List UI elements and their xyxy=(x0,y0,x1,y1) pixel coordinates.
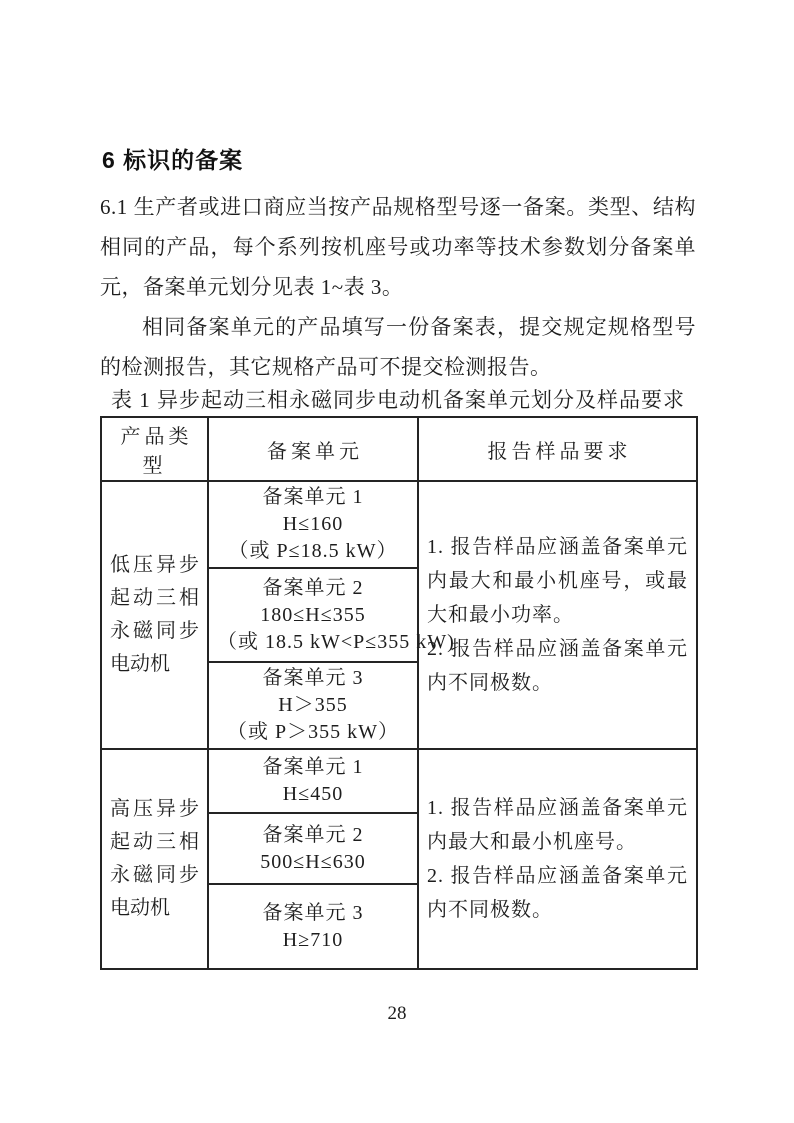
unit-line: 备案单元 1 xyxy=(217,484,409,511)
unit-line: 180≤H≤355 xyxy=(217,602,409,629)
document-page: 6 标识的备案 6.1 生产者或进口商应当按产品规格型号逐一备案。类型、结构相同… xyxy=(0,0,794,1123)
requirement-item: 1. 报告样品应涵盖备案单元内最大和最小机座号，或最大和最小功率。 xyxy=(427,530,688,632)
product-type-text: 低压异步起动三相永磁同步电动机 xyxy=(110,549,199,681)
unit-line: （或 18.5 kW<P≤355 kW) xyxy=(217,629,409,656)
filing-unit-cell-4: 备案单元 1 H≤450 xyxy=(208,749,418,813)
requirement-item: 2. 报告样品应涵盖备案单元内不同极数。 xyxy=(427,859,688,927)
requirement-item: 2. 报告样品应涵盖备案单元内不同极数。 xyxy=(427,632,688,700)
filing-unit-cell-5: 备案单元 2 500≤H≤630 xyxy=(208,813,418,884)
report-requirements-cell-high-voltage: 1. 报告样品应涵盖备案单元内最大和最小机座号。 2. 报告样品应涵盖备案单元内… xyxy=(418,749,697,969)
unit-line: H≥710 xyxy=(217,927,409,954)
unit-line: 备案单元 3 xyxy=(217,900,409,927)
col-header-filing-unit: 备案单元 xyxy=(208,417,418,481)
unit-line: 备案单元 3 xyxy=(217,665,409,692)
filing-unit-cell-1: 备案单元 1 H≤160 （或 P≤18.5 kW） xyxy=(208,481,418,568)
unit-line: H≤450 xyxy=(217,781,409,808)
unit-line: 备案单元 2 xyxy=(217,822,409,849)
table-caption: 表 1 异步起动三相永磁同步电动机备案单元划分及样品要求 xyxy=(100,388,696,413)
unit-line: （或 P＞355 kW） xyxy=(217,719,409,746)
table-header-row: 产品类型 备案单元 报告样品要求 xyxy=(101,417,697,481)
product-type-cell-high-voltage: 高压异步起动三相永磁同步电动机 xyxy=(101,749,208,969)
section-heading: 6 标识的备案 xyxy=(102,146,697,174)
unit-line: （或 P≤18.5 kW） xyxy=(217,538,409,565)
filing-units-table: 产品类型 备案单元 报告样品要求 低压异步起动三相永磁同步电动机 备案单元 1 … xyxy=(100,416,698,970)
page-number: 28 xyxy=(0,1003,794,1025)
unit-line: 备案单元 1 xyxy=(217,754,409,781)
paragraph-filing-form: 相同备案单元的产品填写一份备案表，提交规定规格型号的检测报告，其它规格产品可不提… xyxy=(100,307,696,387)
product-type-text: 高压异步起动三相永磁同步电动机 xyxy=(110,793,199,925)
filing-unit-cell-6: 备案单元 3 H≥710 xyxy=(208,884,418,969)
report-requirements-cell-low-voltage: 1. 报告样品应涵盖备案单元内最大和最小机座号，或最大和最小功率。 2. 报告样… xyxy=(418,481,697,749)
filing-unit-cell-2: 备案单元 2 180≤H≤355 （或 18.5 kW<P≤355 kW) xyxy=(208,568,418,662)
col-header-report-sample-requirements: 报告样品要求 xyxy=(418,417,697,481)
unit-line: 500≤H≤630 xyxy=(217,849,409,876)
filing-unit-cell-3: 备案单元 3 H＞355 （或 P＞355 kW） xyxy=(208,662,418,749)
requirement-item: 1. 报告样品应涵盖备案单元内最大和最小机座号。 xyxy=(427,791,688,859)
product-type-cell-low-voltage: 低压异步起动三相永磁同步电动机 xyxy=(101,481,208,749)
unit-line: H＞355 xyxy=(217,692,409,719)
table-row: 低压异步起动三相永磁同步电动机 备案单元 1 H≤160 （或 P≤18.5 k… xyxy=(101,481,697,568)
col-header-product-type: 产品类型 xyxy=(101,417,208,481)
table-row: 高压异步起动三相永磁同步电动机 备案单元 1 H≤450 1. 报告样品应涵盖备… xyxy=(101,749,697,813)
paragraph-6-1: 6.1 生产者或进口商应当按产品规格型号逐一备案。类型、结构相同的产品，每个系列… xyxy=(100,187,696,307)
unit-line: H≤160 xyxy=(217,511,409,538)
unit-line: 备案单元 2 xyxy=(217,575,409,602)
